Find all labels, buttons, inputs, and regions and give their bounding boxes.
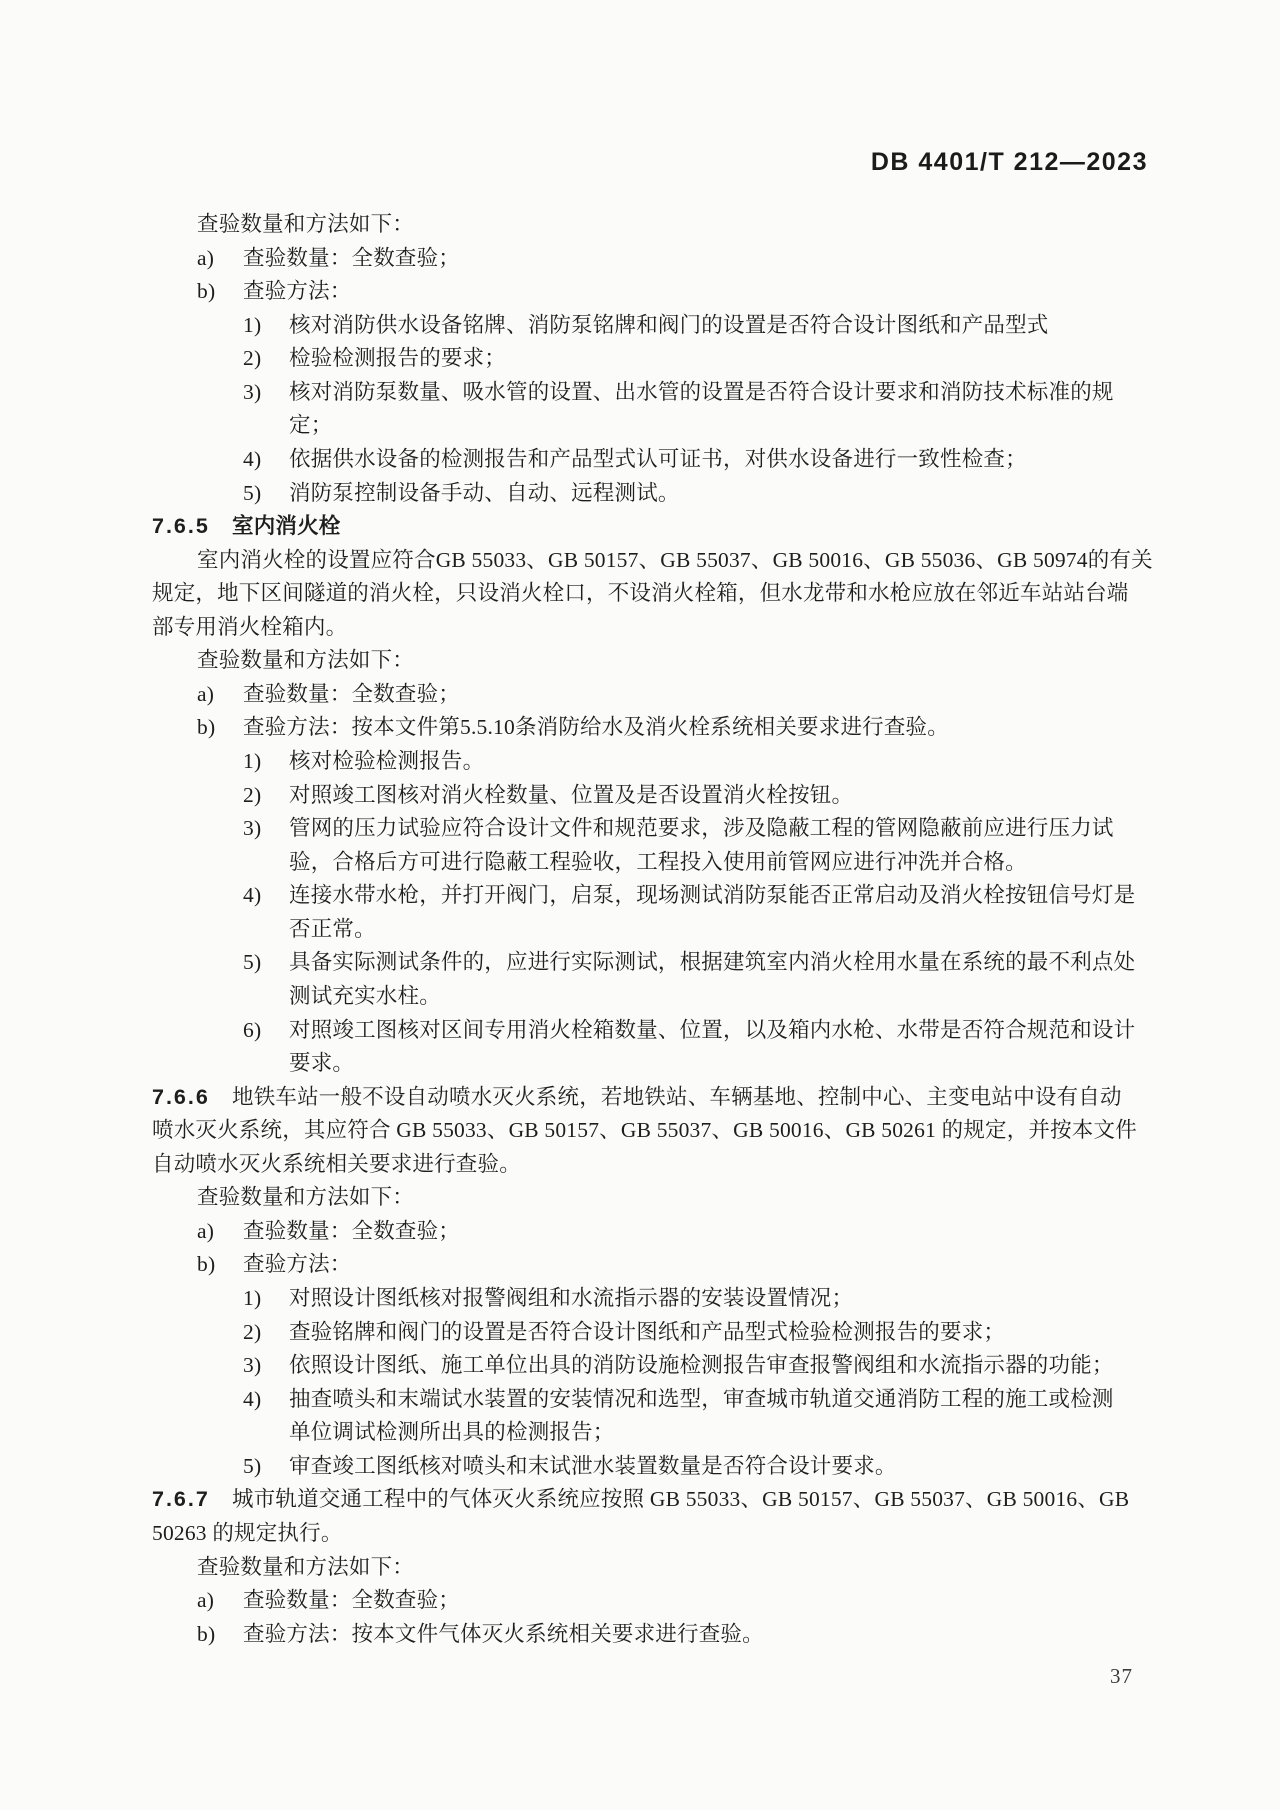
- text-line: 3)核对消防泵数量、吸水管的设置、出水管的设置是否符合设计要求和消防技术标准的规: [152, 376, 1157, 410]
- text-line: 6)对照竣工图核对区间专用消火栓箱数量、位置，以及箱内水枪、水带是否符合规范和设…: [152, 1014, 1157, 1048]
- text-line: 自动喷水灭火系统相关要求进行查验。: [152, 1148, 1157, 1182]
- text-line: 4)抽查喷头和末端试水装置的安装情况和选型，审查城市轨道交通消防工程的施工或检测: [152, 1383, 1157, 1417]
- line-text: 核对消防供水设备铭牌、消防泵铭牌和阀门的设置是否符合设计图纸和产品型式: [289, 313, 1049, 337]
- text-line: 2)查验铭牌和阀门的设置是否符合设计图纸和产品型式检验检测报告的要求；: [152, 1316, 1157, 1350]
- text-line: 4)连接水带水枪，并打开阀门，启泵，现场测试消防泵能否正常启动及消火栓按钮信号灯…: [152, 879, 1157, 913]
- text-line: a)查验数量：全数查验；: [152, 1584, 1157, 1618]
- standard-number-header: DB 4401/T 212—2023: [871, 148, 1148, 177]
- line-text: 查验数量：全数查验；: [243, 246, 460, 270]
- list-item-label: 4): [243, 443, 289, 477]
- list-item-label: 5): [243, 946, 289, 980]
- line-text: 定；: [289, 413, 332, 437]
- text-line: 3)依照设计图纸、施工单位出具的消防设施检测报告审查报警阀组和水流指示器的功能；: [152, 1349, 1157, 1383]
- list-item-label: a): [197, 1215, 243, 1249]
- list-item-label: 2): [243, 1316, 289, 1350]
- list-item-label: b): [197, 1618, 243, 1652]
- text-line: 要求。: [152, 1047, 1157, 1081]
- text-line: 查验数量和方法如下：: [152, 1551, 1157, 1585]
- line-text: 查验数量和方法如下：: [197, 1185, 414, 1209]
- text-line: 查验数量和方法如下：: [152, 208, 1157, 242]
- line-text: 连接水带水枪，并打开阀门，启泵，现场测试消防泵能否正常启动及消火栓按钮信号灯是: [289, 883, 1135, 907]
- text-line: b)查验方法：按本文件第5.5.10条消防给水及消火栓系统相关要求进行查验。: [152, 711, 1157, 745]
- line-text: 查验方法：: [243, 1252, 352, 1276]
- line-text: 查验铭牌和阀门的设置是否符合设计图纸和产品型式检验检测报告的要求；: [289, 1320, 1005, 1344]
- line-text: 否正常。: [289, 917, 376, 941]
- text-line: 5)消防泵控制设备手动、自动、远程测试。: [152, 477, 1157, 511]
- line-text: 50263 的规定执行。: [152, 1521, 343, 1545]
- line-text: 要求。: [289, 1051, 354, 1075]
- text-line: 室内消火栓的设置应符合GB 55033、GB 50157、GB 55037、GB…: [152, 544, 1157, 578]
- text-line: 1)核对检验检测报告。: [152, 745, 1157, 779]
- list-item-label: b): [197, 1248, 243, 1282]
- text-line: 测试充实水柱。: [152, 980, 1157, 1014]
- line-text: 检验检测报告的要求；: [289, 346, 506, 370]
- text-line: 7.6.6地铁车站一般不设自动喷水灭火系统，若地铁站、车辆基地、控制中心、主变电…: [152, 1081, 1157, 1115]
- text-line: 查验数量和方法如下：: [152, 1181, 1157, 1215]
- text-line: 5)审查竣工图纸核对喷头和末试泄水装置数量是否符合设计要求。: [152, 1450, 1157, 1484]
- list-item-label: b): [197, 711, 243, 745]
- line-text: 室内消火栓: [232, 514, 341, 538]
- line-text: 规定，地下区间隧道的消火栓，只设消火栓口，不设消火栓箱，但水龙带和水枪应放在邻近…: [152, 581, 1129, 605]
- line-text: 地铁车站一般不设自动喷水灭火系统，若地铁站、车辆基地、控制中心、主变电站中设有自…: [232, 1085, 1122, 1109]
- text-line: 部专用消火栓箱内。: [152, 611, 1157, 645]
- clause-number: 7.6.6: [152, 1081, 232, 1115]
- text-line: b)查验方法：: [152, 275, 1157, 309]
- line-text: 依照设计图纸、施工单位出具的消防设施检测报告审查报警阀组和水流指示器的功能；: [289, 1353, 1114, 1377]
- list-item-label: 1): [243, 309, 289, 343]
- list-item-label: 4): [243, 879, 289, 913]
- line-text: 自动喷水灭火系统相关要求进行查验。: [152, 1152, 521, 1176]
- line-text: 城市轨道交通工程中的气体灭火系统应按照 GB 55033、GB 50157、GB…: [232, 1487, 1129, 1511]
- line-text: 查验数量：全数查验；: [243, 1588, 460, 1612]
- list-item-label: 1): [243, 745, 289, 779]
- text-line: 定；: [152, 409, 1157, 443]
- text-line: 单位调试检测所出具的检测报告；: [152, 1416, 1157, 1450]
- clause-number: 7.6.5: [152, 510, 232, 544]
- line-text: 对照设计图纸核对报警阀组和水流指示器的安装设置情况；: [289, 1286, 853, 1310]
- line-text: 查验数量和方法如下：: [197, 212, 414, 236]
- text-line: a)查验数量：全数查验；: [152, 1215, 1157, 1249]
- line-text: 查验数量：全数查验；: [243, 682, 460, 706]
- line-text: 室内消火栓的设置应符合GB 55033、GB 50157、GB 55037、GB…: [197, 548, 1153, 572]
- list-item-label: a): [197, 678, 243, 712]
- list-item-label: a): [197, 1584, 243, 1618]
- line-text: 查验数量：全数查验；: [243, 1219, 460, 1243]
- line-text: 依据供水设备的检测报告和产品型式认可证书，对供水设备进行一致性检查；: [289, 447, 1027, 471]
- line-text: 抽查喷头和末端试水装置的安装情况和选型，审查城市轨道交通消防工程的施工或检测: [289, 1387, 1114, 1411]
- text-line: 50263 的规定执行。: [152, 1517, 1157, 1551]
- text-line: 规定，地下区间隧道的消火栓，只设消火栓口，不设消火栓箱，但水龙带和水枪应放在邻近…: [152, 577, 1157, 611]
- text-line: 4)依据供水设备的检测报告和产品型式认可证书，对供水设备进行一致性检查；: [152, 443, 1157, 477]
- line-text: 测试充实水柱。: [289, 984, 441, 1008]
- text-line: 3)管网的压力试验应符合设计文件和规范要求，涉及隐蔽工程的管网隐蔽前应进行压力试: [152, 812, 1157, 846]
- text-line: 2)检验检测报告的要求；: [152, 342, 1157, 376]
- text-line: 7.6.7城市轨道交通工程中的气体灭火系统应按照 GB 55033、GB 501…: [152, 1483, 1157, 1517]
- text-line: 2)对照竣工图核对消火栓数量、位置及是否设置消火栓按钮。: [152, 779, 1157, 813]
- line-text: 审查竣工图纸核对喷头和末试泄水装置数量是否符合设计要求。: [289, 1454, 897, 1478]
- text-line: b)查验方法：: [152, 1248, 1157, 1282]
- list-item-label: 3): [243, 812, 289, 846]
- line-text: 查验数量和方法如下：: [197, 648, 414, 672]
- line-text: 查验方法：按本文件第5.5.10条消防给水及消火栓系统相关要求进行查验。: [243, 715, 949, 739]
- line-text: 管网的压力试验应符合设计文件和规范要求，涉及隐蔽工程的管网隐蔽前应进行压力试: [289, 816, 1114, 840]
- line-text: 具备实际测试条件的，应进行实际测试，根据建筑室内消火栓用水量在系统的最不利点处: [289, 950, 1135, 974]
- list-item-label: 5): [243, 477, 289, 511]
- list-item-label: 5): [243, 1450, 289, 1484]
- list-item-label: 3): [243, 1349, 289, 1383]
- line-text: 核对消防泵数量、吸水管的设置、出水管的设置是否符合设计要求和消防技术标准的规: [289, 380, 1114, 404]
- list-item-label: 1): [243, 1282, 289, 1316]
- document-page: DB 4401/T 212—2023 查验数量和方法如下：a)查验数量：全数查验…: [0, 0, 1280, 1810]
- list-item-label: a): [197, 242, 243, 276]
- text-line: 喷水灭火系统，其应符合 GB 55033、GB 50157、GB 55037、G…: [152, 1114, 1157, 1148]
- text-line: a)查验数量：全数查验；: [152, 678, 1157, 712]
- text-line: 1)核对消防供水设备铭牌、消防泵铭牌和阀门的设置是否符合设计图纸和产品型式: [152, 309, 1157, 343]
- line-text: 单位调试检测所出具的检测报告；: [289, 1420, 615, 1444]
- text-line: 查验数量和方法如下：: [152, 644, 1157, 678]
- line-text: 部专用消火栓箱内。: [152, 615, 347, 639]
- text-line: b)查验方法：按本文件气体灭火系统相关要求进行查验。: [152, 1618, 1157, 1652]
- text-line: 1)对照设计图纸核对报警阀组和水流指示器的安装设置情况；: [152, 1282, 1157, 1316]
- line-text: 查验数量和方法如下：: [197, 1555, 414, 1579]
- document-body: 查验数量和方法如下：a)查验数量：全数查验；b)查验方法：1)核对消防供水设备铭…: [152, 208, 1157, 1651]
- list-item-label: 6): [243, 1014, 289, 1048]
- line-text: 查验方法：: [243, 279, 352, 303]
- text-line: 否正常。: [152, 913, 1157, 947]
- line-text: 对照竣工图核对消火栓数量、位置及是否设置消火栓按钮。: [289, 783, 853, 807]
- clause-number: 7.6.7: [152, 1483, 232, 1517]
- list-item-label: b): [197, 275, 243, 309]
- text-line: a)查验数量：全数查验；: [152, 242, 1157, 276]
- text-line: 验，合格后方可进行隐蔽工程验收，工程投入使用前管网应进行冲洗并合格。: [152, 846, 1157, 880]
- line-text: 喷水灭火系统，其应符合 GB 55033、GB 50157、GB 55037、G…: [152, 1118, 1137, 1142]
- text-line: 5)具备实际测试条件的，应进行实际测试，根据建筑室内消火栓用水量在系统的最不利点…: [152, 946, 1157, 980]
- text-line: 7.6.5室内消火栓: [152, 510, 1157, 544]
- line-text: 消防泵控制设备手动、自动、远程测试。: [289, 481, 680, 505]
- list-item-label: 3): [243, 376, 289, 410]
- list-item-label: 2): [243, 779, 289, 813]
- list-item-label: 2): [243, 342, 289, 376]
- page-number: 37: [1110, 1664, 1133, 1689]
- line-text: 核对检验检测报告。: [289, 749, 484, 773]
- list-item-label: 4): [243, 1383, 289, 1417]
- line-text: 查验方法：按本文件气体灭火系统相关要求进行查验。: [243, 1622, 764, 1646]
- line-text: 对照竣工图核对区间专用消火栓箱数量、位置，以及箱内水枪、水带是否符合规范和设计: [289, 1018, 1135, 1042]
- line-text: 验，合格后方可进行隐蔽工程验收，工程投入使用前管网应进行冲洗并合格。: [289, 850, 1027, 874]
